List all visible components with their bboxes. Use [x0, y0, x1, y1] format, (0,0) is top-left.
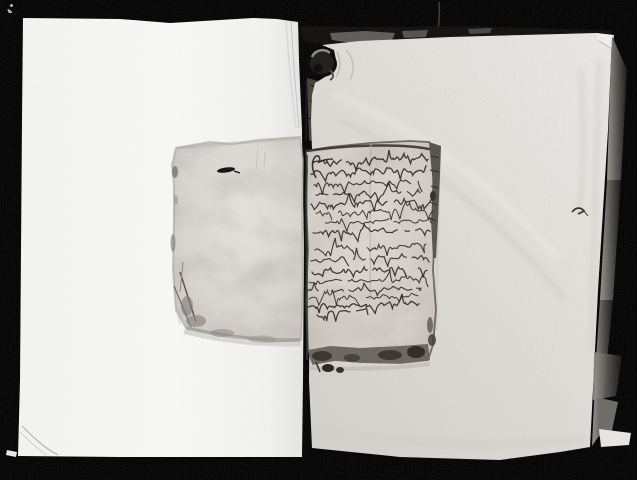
archival-photo	[0, 0, 637, 480]
photo-grain-overlay	[0, 0, 637, 480]
photo-stage	[0, 0, 637, 480]
